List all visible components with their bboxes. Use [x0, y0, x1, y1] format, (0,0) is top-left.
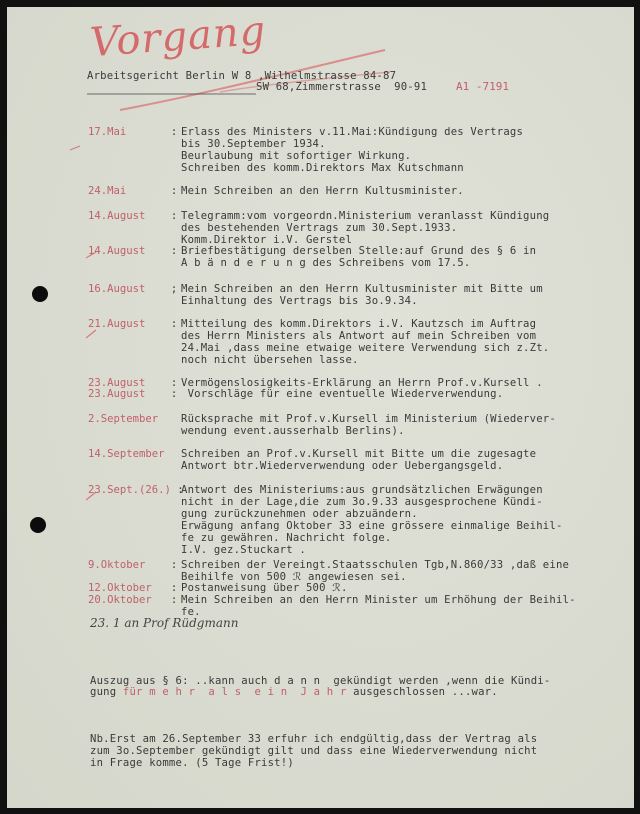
excerpt-text: ausgeschlossen ...war. — [347, 686, 498, 698]
entry-date: 9.Oktober : — [88, 559, 177, 571]
entry-date: 14.September — [88, 448, 165, 460]
entry-date: 17.Mai : — [88, 126, 177, 138]
handwritten-note: 23. 1 an Prof Rüdgmann — [90, 616, 238, 630]
entry-date: 14.August : — [88, 210, 177, 222]
entry-date: 24.Mai : — [88, 185, 177, 197]
excerpt-line-2: gung für m e h r a l s e i n J a h r aus… — [90, 686, 498, 698]
entry-text: Telegramm:vom vorgeordn.Ministerium vera… — [181, 210, 549, 246]
reference-number: A1 -7191 — [456, 80, 509, 93]
entry-text: Mein Schreiben an den Herrn Kultusminist… — [181, 185, 464, 197]
note-text: Nb.Erst am 26.September 33 erfuhr ich en… — [90, 733, 537, 769]
entry-text: Postanweisung über 500 ℛ. — [181, 582, 348, 594]
entry-text: Mein Schreiben an den Herrn Minister um … — [181, 594, 576, 618]
header-line-2: SW 68,Zimmerstrasse 90-91 — [256, 81, 427, 93]
entry-text: Erlass des Ministers v.11.Mai:Kündigung … — [181, 126, 523, 174]
entry-text: Antwort des Ministeriums:aus grundsätzli… — [181, 484, 563, 556]
entry-text: Briefbestätigung derselben Stelle:auf Gr… — [181, 245, 536, 269]
entry-date: 16.August ; — [88, 283, 177, 295]
entry-date: 23.Sept.(26.) : — [88, 484, 184, 496]
entry-text: Mitteilung des komm.Direktors i.V. Kautz… — [181, 318, 549, 366]
entry-text: Mein Schreiben an den Herrn Kultusminist… — [181, 283, 543, 307]
excerpt-highlight: für m e h r a l s e i n J a h r — [123, 686, 347, 698]
excerpt-text: gung — [90, 686, 123, 698]
entry-text: Rücksprache mit Prof.v.Kursell im Minist… — [181, 413, 556, 437]
entry-text: Vorschläge für eine eventuelle Wiederver… — [181, 388, 503, 400]
entry-date: 20.Oktober : — [88, 594, 177, 606]
entry-date: 21.August : — [88, 318, 177, 330]
entry-date: 12.Oktober : — [88, 582, 177, 594]
entry-date: 23.August : — [88, 388, 177, 400]
entry-date: 14.August : — [88, 245, 177, 257]
entry-date: 2.September — [88, 413, 158, 425]
entry-text: Schreiben an Prof.v.Kursell mit Bitte um… — [181, 448, 536, 472]
entry-text: Schreiben der Vereingt.Staatsschulen Tgb… — [181, 559, 569, 583]
